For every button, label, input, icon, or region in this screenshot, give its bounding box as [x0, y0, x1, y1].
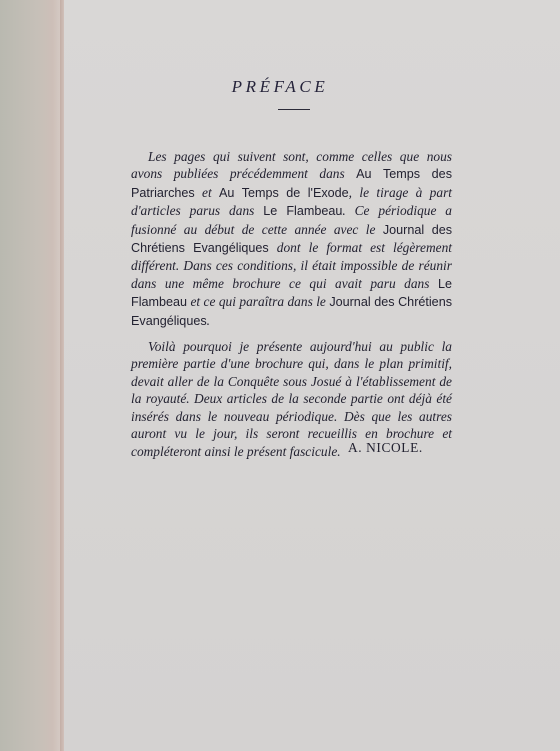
preface-body: Les pages qui suivent sont, comme celles…: [131, 148, 452, 460]
title-reference: Le Flambeau: [263, 204, 342, 218]
title-reference: Au Temps de l'Exode: [219, 186, 349, 200]
title-divider: [278, 109, 310, 110]
left-page-edge: [0, 0, 62, 751]
text-segment: .: [207, 313, 210, 328]
page-title: PRÉFACE: [0, 77, 560, 97]
text-segment: et: [195, 185, 219, 200]
author-signature: A. NICOLE.: [348, 440, 423, 456]
text-segment: et ce qui paraîtra dans le: [187, 294, 329, 309]
paragraph-1: Les pages qui suivent sont, comme celles…: [131, 148, 452, 330]
